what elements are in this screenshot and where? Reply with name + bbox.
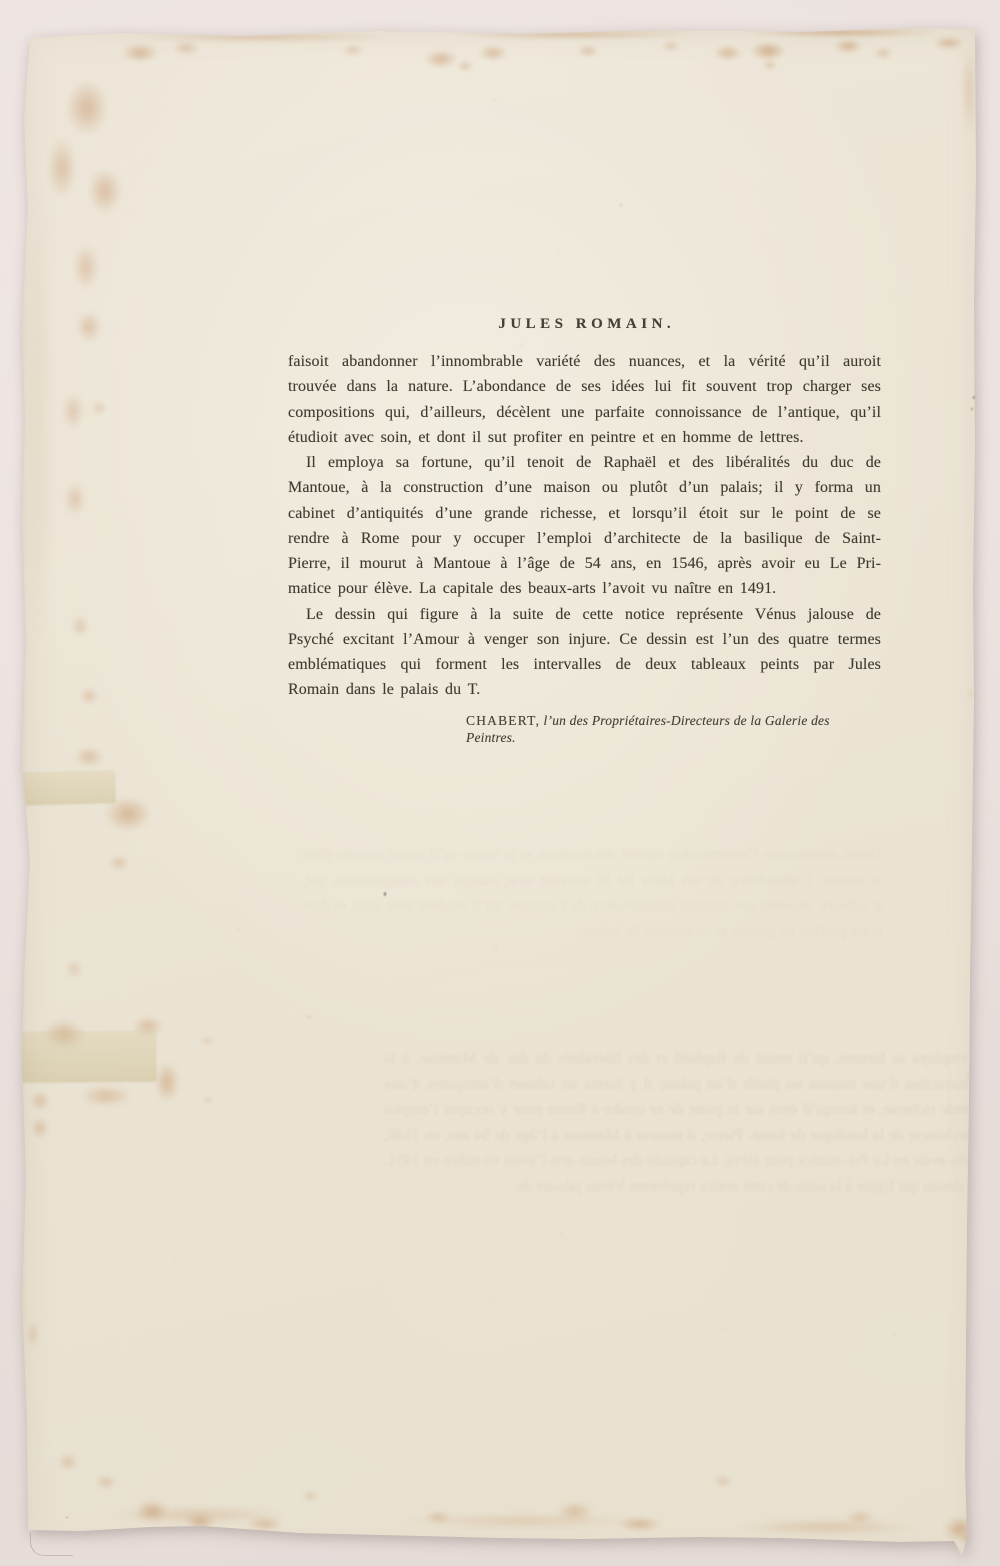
foxing-stain	[42, 126, 82, 210]
foxing-stain	[68, 742, 110, 772]
foxing-stain	[870, 45, 896, 61]
foxing-stain	[971, 394, 978, 401]
foxing-stain	[938, 1512, 982, 1546]
foxing-stain	[60, 476, 90, 522]
paper-shadow-wrap: faisoit abandonner l’innombrable variété…	[0, 0, 1000, 1566]
foxing-stain	[76, 684, 102, 708]
foxing-stain	[504, 884, 508, 888]
foxing-stain	[658, 39, 684, 53]
foxing-stain	[70, 1082, 142, 1110]
foxing-stain	[68, 236, 104, 298]
foxing-stain	[58, 386, 88, 436]
foxing-stain	[928, 34, 970, 52]
foxing-stain	[556, 248, 560, 252]
foxing-stain	[72, 306, 106, 348]
foxing-stain	[966, 686, 976, 702]
foxing-stain	[198, 1034, 216, 1048]
foxing-stain	[88, 398, 110, 418]
foxing-stain	[969, 406, 975, 412]
foxing-stain	[712, 26, 972, 39]
foxing-stain	[382, 890, 388, 898]
text-line-11: Le dessin qui figure à la suite de cette…	[288, 602, 881, 627]
foxing-stain	[180, 1510, 220, 1534]
foxing-stain	[82, 30, 442, 44]
foxing-stain	[473, 42, 513, 64]
foxing-stain	[300, 1488, 320, 1504]
foxing-stain	[402, 28, 742, 41]
foxing-stain	[492, 98, 497, 103]
foxing-stain	[840, 1508, 880, 1526]
foxing-stain	[618, 202, 624, 208]
foxing-stain	[130, 1496, 174, 1526]
foxing-stain	[62, 956, 86, 982]
foxing-stain	[558, 1232, 564, 1237]
foxing-stain	[338, 42, 368, 58]
printed-text-block: JULES ROMAIN. faisoit abandonner l’innom…	[288, 314, 881, 746]
foxing-stain	[964, 1066, 974, 1084]
foxing-stain	[172, 1256, 177, 1260]
foxing-stain	[453, 58, 477, 74]
foxing-stain	[92, 1472, 120, 1492]
foxing-stain	[420, 1508, 456, 1526]
foxing-stain	[200, 1094, 216, 1106]
tape-residue-upper	[22, 771, 116, 806]
foxing-stain	[402, 1206, 407, 1210]
foxing-stain	[68, 611, 92, 641]
foxing-stain	[848, 1158, 853, 1163]
foxing-stain	[235, 927, 241, 932]
foxing-stain	[168, 38, 204, 58]
foxing-stain	[24, 1316, 42, 1352]
foxing-stain	[710, 1472, 736, 1490]
foxing-stain	[418, 46, 464, 72]
foxing-stain	[28, 1114, 52, 1142]
foxing-stain	[67, 1516, 69, 1518]
book-page: faisoit abandonner l’innombrable variété…	[22, 26, 980, 1560]
body-text: faisoit abandonner l’innombrable variété…	[288, 349, 881, 703]
foxing-stain	[115, 40, 165, 66]
foxing-stain	[573, 42, 603, 60]
verso-show-through-faint: faisoit abandonner l’innombrable variété…	[302, 842, 882, 948]
foxing-stain	[26, 1088, 54, 1114]
text-line-9: Pierre, il mourut à Mantoue à l’âge de 5…	[288, 551, 881, 576]
verso-show-through: Il employa sa fortune, qu’il tenoit de R…	[384, 1046, 984, 1224]
foxing-stain	[708, 42, 748, 64]
foxing-stain	[106, 852, 132, 874]
foxing-stain	[958, 1530, 982, 1548]
tape-residue-lower	[22, 1031, 156, 1082]
text-line-14: Romain dans le palais du T.	[288, 677, 881, 702]
signature-line: CHABERT, l’un des Propriétaires-Directeu…	[288, 712, 881, 746]
text-line-5: Il employa sa fortune, qu’il tenoit de R…	[288, 450, 881, 475]
text-line-10: matice pour élève. La capitale des beaux…	[288, 576, 881, 601]
foxing-stain	[662, 1146, 667, 1150]
text-line-8: rendre à Rome pour y occuper l’emploi d’…	[288, 526, 881, 551]
text-line-6: Mantoue, à la construction d’une maison …	[288, 475, 881, 500]
text-line-7: cabinet d’antiquités d’une grande riches…	[288, 501, 881, 526]
foxing-stain	[702, 1516, 952, 1538]
foxing-stain	[352, 1510, 692, 1532]
foxing-stain	[743, 38, 793, 64]
foxing-stain	[550, 1498, 600, 1524]
foxing-stain	[26, 86, 52, 746]
text-line-13: emblématiques qui forment les intervalle…	[288, 652, 881, 677]
paper-edge-vignette	[22, 26, 980, 1560]
foxing-stain	[82, 160, 128, 222]
signature-name: CHABERT,	[466, 713, 540, 728]
text-line-4: étudioit avec soin, et dont il sut profi…	[288, 425, 881, 450]
foxing-stain	[490, 1294, 495, 1299]
page-title: JULES ROMAIN.	[288, 314, 881, 334]
foxing-stain	[96, 790, 160, 838]
text-line-3: compositions qui, d’ailleurs, décèlent u…	[288, 400, 881, 425]
foxing-stain	[240, 1514, 290, 1534]
foxing-stain	[610, 1514, 670, 1534]
text-line-1: faisoit abandonner l’innombrable variété…	[288, 349, 881, 374]
foxing-stain	[65, 1516, 68, 1519]
foxing-stain	[36, 1014, 92, 1054]
foxing-stain	[322, 1376, 327, 1380]
foxing-stain	[624, 1036, 629, 1040]
foxing-stain	[126, 1012, 170, 1040]
foxing-stain	[722, 1326, 728, 1331]
foxing-stain	[305, 1014, 314, 1020]
foxing-stain	[62, 26, 972, 32]
foxing-stain	[828, 36, 868, 56]
foxing-stain	[78, 1502, 318, 1528]
foxing-stain	[960, 30, 978, 150]
foxing-stain	[54, 1450, 82, 1474]
foxing-stain	[760, 58, 780, 72]
foxing-stain	[150, 1054, 184, 1110]
text-line-2: trouvée dans la nature. L’abondance de s…	[288, 374, 881, 399]
text-line-12: Psyché excitant l’Amour à venger son inj…	[288, 627, 881, 652]
scan-photo: { "document": { "kind": "scanned-book-pa…	[0, 0, 1000, 1566]
foxing-stain	[58, 70, 116, 146]
foxing-stain	[892, 1332, 898, 1337]
foxing-stain	[493, 947, 499, 952]
